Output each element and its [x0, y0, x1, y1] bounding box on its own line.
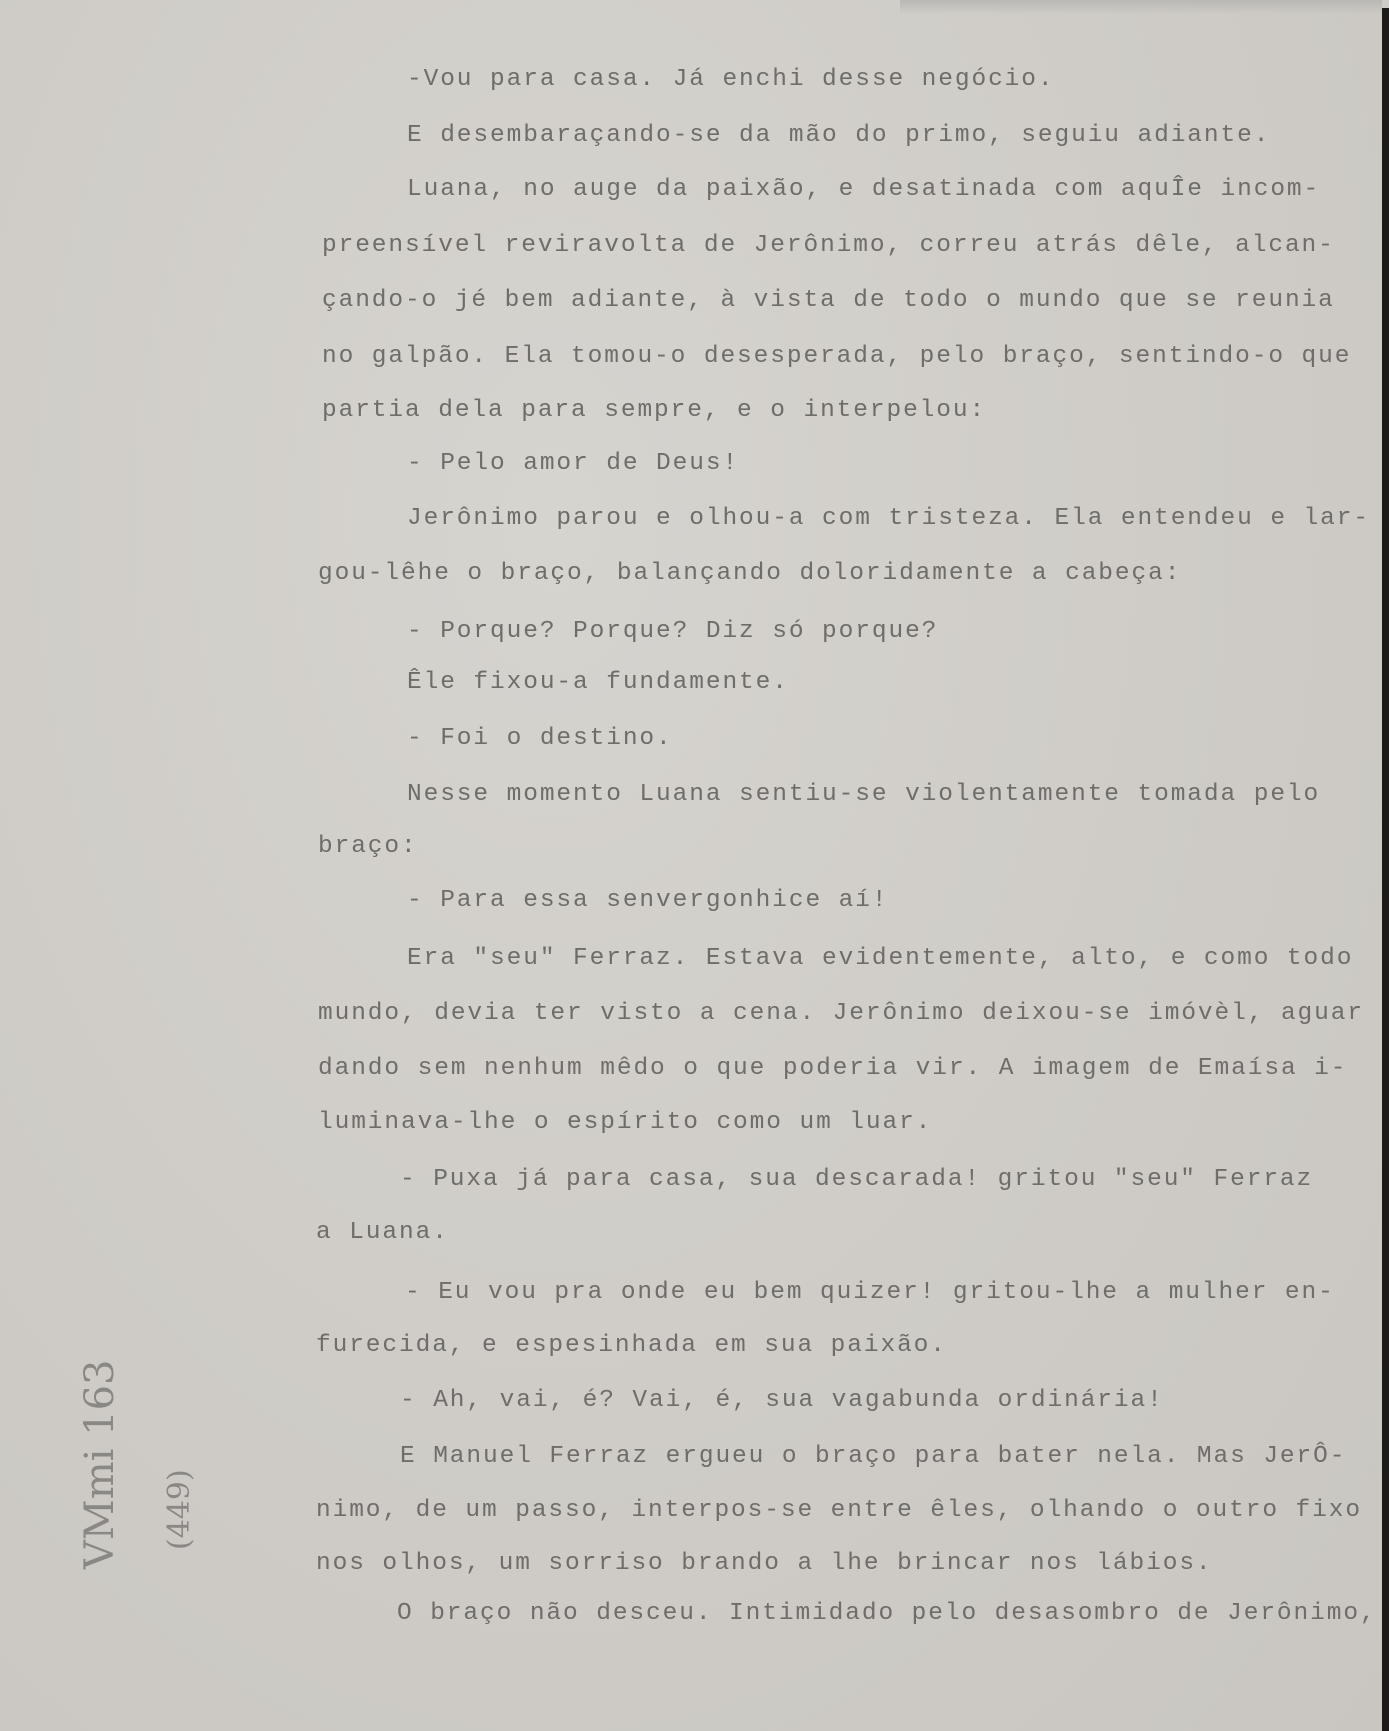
text-line: furecida, e espesinhada em sua paixão.: [316, 1332, 947, 1359]
text-line: Jerônimo parou e olhou-a com tristeza. E…: [407, 505, 1370, 532]
text-line: - Foi o destino.: [407, 725, 673, 752]
text-line: gou-lêhe o braço, balançando doloridamen…: [318, 560, 1181, 587]
text-line: no galpão. Ela tomou-o desesperada, pelo…: [322, 343, 1351, 370]
text-line: a Luana.: [316, 1219, 449, 1246]
text-line: Luana, no auge da paixão, e desatinada c…: [407, 176, 1320, 203]
text-line: luminava-lhe o espírito como um luar.: [318, 1109, 932, 1136]
text-line: -Vou para casa. Já enchi desse negócio.: [407, 66, 1055, 93]
text-line: braço:: [318, 833, 418, 860]
text-line: E desembaraçando-se da mão do primo, seg…: [407, 122, 1270, 149]
text-line: partia dela para sempre, e o interpelou:: [322, 397, 986, 424]
text-line: - Ah, vai, é? Vai, é, sua vagabunda ordi…: [400, 1387, 1164, 1414]
typewritten-page: -Vou para casa. Já enchi desse negócio.E…: [0, 0, 1382, 1731]
page-top-shadow: [900, 0, 1382, 14]
text-line: - Porque? Porque? Diz só porque?: [407, 618, 938, 645]
text-line: nos olhos, um sorriso brando a lhe brinc…: [316, 1550, 1213, 1577]
text-line: - Para essa senvergonhice aí!: [407, 887, 888, 914]
handwritten-archive-note: VMmi 163 (449): [40, 1360, 280, 1621]
archive-page-number: (449): [160, 1360, 200, 1551]
text-line: - Puxa já para casa, sua descarada! grit…: [400, 1166, 1313, 1193]
scan-border-edge: [1382, 8, 1389, 1731]
text-line: Êle fixou-a fundamente.: [407, 669, 789, 696]
text-line: mundo, devia ter visto a cena. Jerônimo …: [318, 1000, 1364, 1027]
text-line: çando-o jé bem adiante, à vista de todo …: [322, 287, 1335, 314]
text-line: preensível reviravolta de Jerônimo, corr…: [322, 232, 1335, 259]
text-line: dando sem nenhum mêdo o que poderia vir.…: [318, 1055, 1347, 1082]
text-line: nimo, de um passo, interpos-se entre êle…: [316, 1497, 1362, 1524]
text-line: Nesse momento Luana sentiu-se violentame…: [407, 781, 1320, 808]
text-line: Era "seu" Ferraz. Estava evidentemente, …: [407, 945, 1353, 972]
text-line: O braço não desceu. Intimidado pelo desa…: [397, 1600, 1377, 1627]
archive-reference: VMmi 163: [77, 1360, 123, 1570]
text-line: E Manuel Ferraz ergueu o braço para bate…: [400, 1443, 1346, 1470]
text-line: - Pelo amor de Deus!: [407, 450, 739, 477]
text-line: - Eu vou pra onde eu bem quizer! gritou-…: [405, 1279, 1335, 1306]
